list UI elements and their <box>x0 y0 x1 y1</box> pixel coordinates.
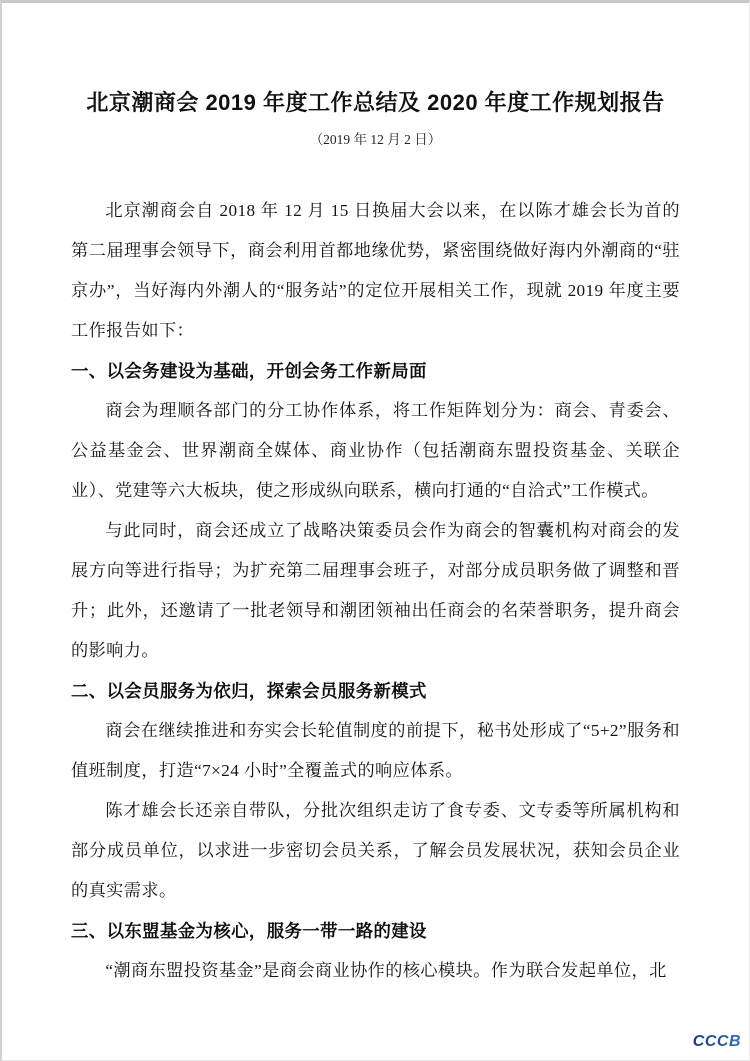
section-heading: 二、以会员服务为依归，探索会员服务新模式 <box>71 671 680 711</box>
section-heading: 一、以会务建设为基础，开创会务工作新局面 <box>71 351 680 391</box>
cccb-logo: CCCB <box>693 1033 741 1051</box>
document-page: 北京潮商会 2019 年度工作总结及 2020 年度工作规划报告 （2019 年… <box>0 0 750 1061</box>
document-body: 北京潮商会自 2018 年 12 月 15 日换届大会以来，在以陈才雄会长为首的… <box>71 191 680 991</box>
paragraph: 商会在继续推进和夯实会长轮值制度的前提下，秘书处形成了“5+2”服务和值班制度，… <box>71 711 680 791</box>
paragraph: “潮商东盟投资基金”是商会商业协作的核心模块。作为联合发起单位，北 <box>71 951 680 991</box>
section-heading: 三、以东盟基金为核心，服务一带一路的建设 <box>71 911 680 951</box>
paragraph: 陈才雄会长还亲自带队，分批次组织走访了食专委、文专委等所属机构和部分成员单位，以… <box>71 791 680 911</box>
document-date: （2019 年 12 月 2 日） <box>71 129 680 151</box>
paragraph: 与此同时，商会还成立了战略决策委员会作为商会的智囊机构对商会的发展方向等进行指导… <box>71 511 680 671</box>
document-content: 北京潮商会 2019 年度工作总结及 2020 年度工作规划报告 （2019 年… <box>2 3 749 991</box>
page-title: 北京潮商会 2019 年度工作总结及 2020 年度工作规划报告 <box>71 87 680 119</box>
paragraph: 北京潮商会自 2018 年 12 月 15 日换届大会以来，在以陈才雄会长为首的… <box>71 191 680 351</box>
paragraph: 商会为理顺各部门的分工协作体系，将工作矩阵划分为：商会、青委会、公益基金会、世界… <box>71 391 680 511</box>
